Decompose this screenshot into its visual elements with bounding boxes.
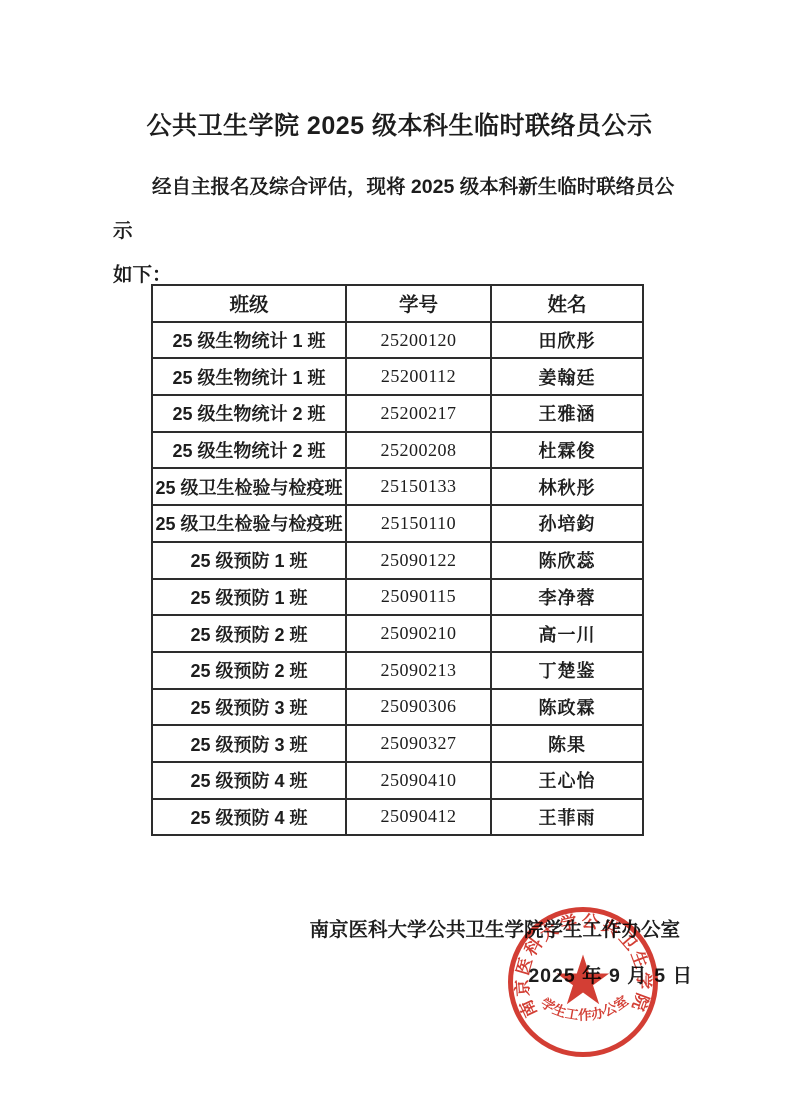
name-cell: 孙培鈞	[491, 505, 643, 542]
table-row: 25 级生物统计 2 班25200217王雅涵	[152, 395, 643, 432]
name-cell: 高一川	[491, 615, 643, 652]
table-row: 25 级预防 1 班25090122陈欣蕊	[152, 542, 643, 579]
seal-bottom-text: 学生工作办公室	[538, 992, 631, 1023]
name-cell: 姜翰廷	[491, 358, 643, 395]
name-cell: 陈欣蕊	[491, 542, 643, 579]
student-id-cell: 25200112	[346, 358, 491, 395]
page: { "doc": { "title": "公共卫生学院 2025 级本科生临时联…	[0, 0, 799, 1113]
table-row: 25 级生物统计 2 班25200208杜霖俊	[152, 432, 643, 469]
table-row: 25 级预防 3 班25090327陈果	[152, 725, 643, 762]
class-cell: 25 级生物统计 1 班	[152, 358, 346, 395]
table-row: 25 级预防 2 班25090210高一川	[152, 615, 643, 652]
name-cell: 李净蓉	[491, 579, 643, 616]
svg-text:学生工作办公室: 学生工作办公室	[538, 992, 631, 1023]
name-cell: 丁楚鉴	[491, 652, 643, 689]
intro-line-1: 经自主报名及综合评估，现将 2025 级本科新生临时联络员公示	[113, 165, 691, 253]
table-row: 25 级卫生检验与检疫班25150110孙培鈞	[152, 505, 643, 542]
class-cell: 25 级预防 1 班	[152, 579, 346, 616]
signature-line: 南京医科大学公共卫生学院学生工作办公室	[309, 914, 680, 942]
student-id-cell: 25200217	[346, 395, 491, 432]
class-cell: 25 级生物统计 2 班	[152, 395, 346, 432]
page-title: 公共卫生学院 2025 级本科生临时联络员公示	[0, 106, 799, 142]
student-id-cell: 25200208	[346, 432, 491, 469]
table-row: 25 级卫生检验与检疫班25150133林秋彤	[152, 468, 643, 505]
class-cell: 25 级卫生检验与检疫班	[152, 468, 346, 505]
name-cell: 王菲雨	[491, 799, 643, 836]
class-cell: 25 级预防 3 班	[152, 725, 346, 762]
class-cell: 25 级预防 4 班	[152, 762, 346, 799]
class-cell: 25 级生物统计 2 班	[152, 432, 346, 469]
class-cell: 25 级预防 1 班	[152, 542, 346, 579]
table-row: 25 级生物统计 1 班25200120田欣彤	[152, 322, 643, 359]
table-row: 25 级预防 3 班25090306陈政霖	[152, 689, 643, 726]
student-id-cell: 25150110	[346, 505, 491, 542]
date-line: 2025 年 9 月 5 日	[528, 960, 693, 988]
name-cell: 王雅涵	[491, 395, 643, 432]
table-row: 25 级预防 2 班25090213丁楚鉴	[152, 652, 643, 689]
class-cell: 25 级预防 2 班	[152, 615, 346, 652]
table-header-row: 班级学号姓名	[152, 285, 643, 322]
name-cell: 王心怡	[491, 762, 643, 799]
table-row: 25 级预防 1 班25090115李净蓉	[152, 579, 643, 616]
liaison-table: 班级学号姓名 25 级生物统计 1 班25200120田欣彤25 级生物统计 1…	[151, 284, 644, 836]
column-header: 姓名	[491, 285, 643, 322]
student-id-cell: 25090306	[346, 689, 491, 726]
table-row: 25 级预防 4 班25090412王菲雨	[152, 799, 643, 836]
student-id-cell: 25090210	[346, 615, 491, 652]
name-cell: 田欣彤	[491, 322, 643, 359]
student-id-cell: 25090115	[346, 579, 491, 616]
class-cell: 25 级生物统计 1 班	[152, 322, 346, 359]
intro-paragraph: 经自主报名及综合评估，现将 2025 级本科新生临时联络员公示 如下：	[113, 165, 691, 297]
student-id-cell: 25150133	[346, 468, 491, 505]
class-cell: 25 级预防 4 班	[152, 799, 346, 836]
student-id-cell: 25090122	[346, 542, 491, 579]
column-header: 学号	[346, 285, 491, 322]
table-row: 25 级生物统计 1 班25200112姜翰廷	[152, 358, 643, 395]
class-cell: 25 级预防 2 班	[152, 652, 346, 689]
student-id-cell: 25200120	[346, 322, 491, 359]
student-id-cell: 25090412	[346, 799, 491, 836]
column-header: 班级	[152, 285, 346, 322]
student-id-cell: 25090410	[346, 762, 491, 799]
class-cell: 25 级预防 3 班	[152, 689, 346, 726]
name-cell: 杜霖俊	[491, 432, 643, 469]
name-cell: 陈政霖	[491, 689, 643, 726]
class-cell: 25 级卫生检验与检疫班	[152, 505, 346, 542]
name-cell: 陈果	[491, 725, 643, 762]
student-id-cell: 25090327	[346, 725, 491, 762]
name-cell: 林秋彤	[491, 468, 643, 505]
student-id-cell: 25090213	[346, 652, 491, 689]
table-row: 25 级预防 4 班25090410王心怡	[152, 762, 643, 799]
